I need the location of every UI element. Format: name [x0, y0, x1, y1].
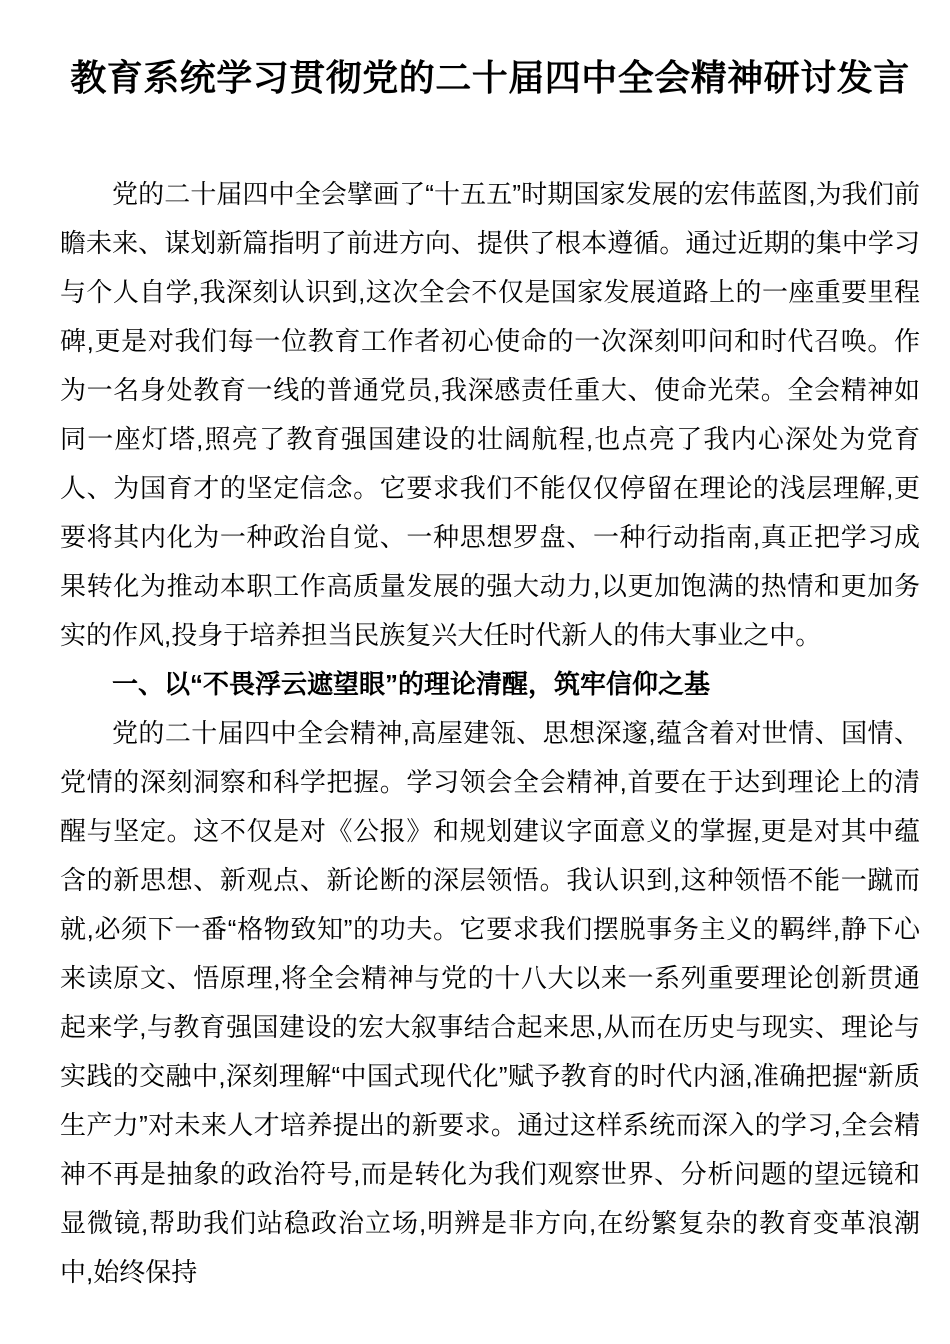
section-heading: 一、以“不畏浮云遮望眼”的理论清醒，筑牢信仰之基	[60, 660, 920, 709]
paragraph: 党的二十届四中全会精神,高屋建瓴、思想深邃,蕴含着对世情、国情、党情的深刻洞察和…	[60, 709, 920, 1297]
paragraph: 党的二十届四中全会擘画了“十五五”时期国家发展的宏伟蓝图,为我们前瞻未来、谋划新…	[60, 170, 920, 660]
document-title: 教育系统学习贯彻党的二十届四中全会精神研讨发言	[60, 57, 920, 98]
document-page: 教育系统学习贯彻党的二十届四中全会精神研讨发言 党的二十届四中全会擘画了“十五五…	[0, 0, 950, 1344]
document-body: 党的二十届四中全会擘画了“十五五”时期国家发展的宏伟蓝图,为我们前瞻未来、谋划新…	[60, 170, 920, 1297]
